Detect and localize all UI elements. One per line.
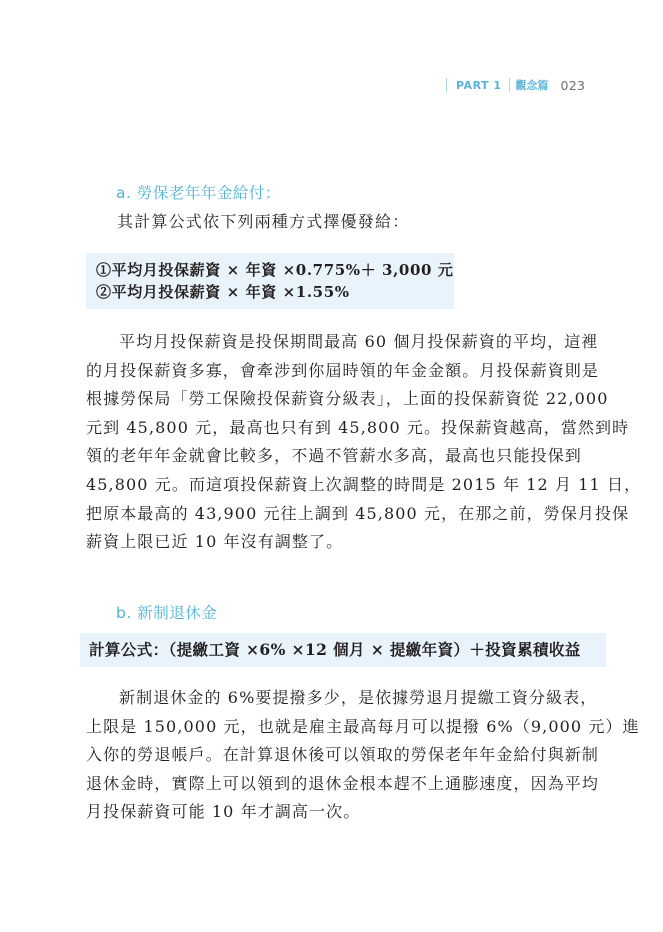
formula-line: 計算公式：（提繳工資 ×6% ×12 個月 × 提繳年資）＋投資累積收益 [89,638,606,662]
formula-box-b: 計算公式：（提繳工資 ×6% ×12 個月 × 提繳年資）＋投資累積收益 [80,633,606,667]
paragraph-line: 入你的勞退帳戶。在計算退休後可以領取的勞保老年年金給付與新制 [86,741,596,770]
running-header: PART 1 觀念篇 023 [446,76,585,94]
paragraph-line: 的月投保薪資多寡，會牽涉到你屆時領的年金金額。月投保薪資則是 [86,357,596,386]
formula-line: ①平均月投保薪資 × 年資 ×0.775%＋ 3,000 元 [96,259,454,281]
section-a-heading: a. 勞保老年年金給付： [116,181,281,203]
paragraph-line: 薪資上限已近 10 年沒有調整了。 [86,528,596,557]
paragraph-line: 平均月投保薪資是投保期間最高 60 個月投保薪資的平均，這裡 [86,328,596,357]
section-b-heading: b. 新制退休金 [116,601,217,623]
formula-line: ②平均月投保薪資 × 年資 ×1.55% [96,281,454,303]
paragraph-line: 元到 45,800 元，最高也只有到 45,800 元。投保薪資越高，當然到時 [86,414,596,443]
section-a-intro: 其計算公式依下列兩種方式擇優發給： [117,208,409,237]
formula-box-a: ①平均月投保薪資 × 年資 ×0.775%＋ 3,000 元 ②平均月投保薪資 … [86,253,454,309]
section-a-paragraph: 平均月投保薪資是投保期間最高 60 個月投保薪資的平均，這裡 的月投保薪資多寡，… [86,328,596,557]
paragraph-line: 根據勞保局「勞工保險投保薪資分級表」，上面的投保薪資從 22,000 [86,385,596,414]
page-number: 023 [561,78,586,93]
paragraph-line: 領的老年年金就會比較多，不過不管薪水多高，最高也只能投保到 [86,442,596,471]
paragraph-line: 退休金時，實際上可以領到的退休金根本趕不上通膨速度，因為平均 [86,770,596,799]
paragraph-line: 月投保薪資可能 10 年才調高一次。 [86,798,596,827]
header-divider [446,78,447,92]
paragraph-line: 把原本最高的 43,900 元往上調到 45,800 元，在那之前，勞保月投保 [86,500,596,529]
paragraph-line: 上限是 150,000 元，也就是雇主最高每月可以提撥 6%（9,000 元）進 [86,713,596,742]
chapter-label: 觀念篇 [516,77,549,93]
header-divider [509,78,510,92]
paragraph-line: 新制退休金的 6%要提撥多少，是依據勞退月提繳工資分級表， [86,684,596,713]
part-label: PART 1 [456,79,502,92]
paragraph-line: 45,800 元。而這項投保薪資上次調整的時間是 2015 年 12 月 11 … [86,471,596,500]
section-b-paragraph: 新制退休金的 6%要提撥多少，是依據勞退月提繳工資分級表， 上限是 150,00… [86,684,596,827]
